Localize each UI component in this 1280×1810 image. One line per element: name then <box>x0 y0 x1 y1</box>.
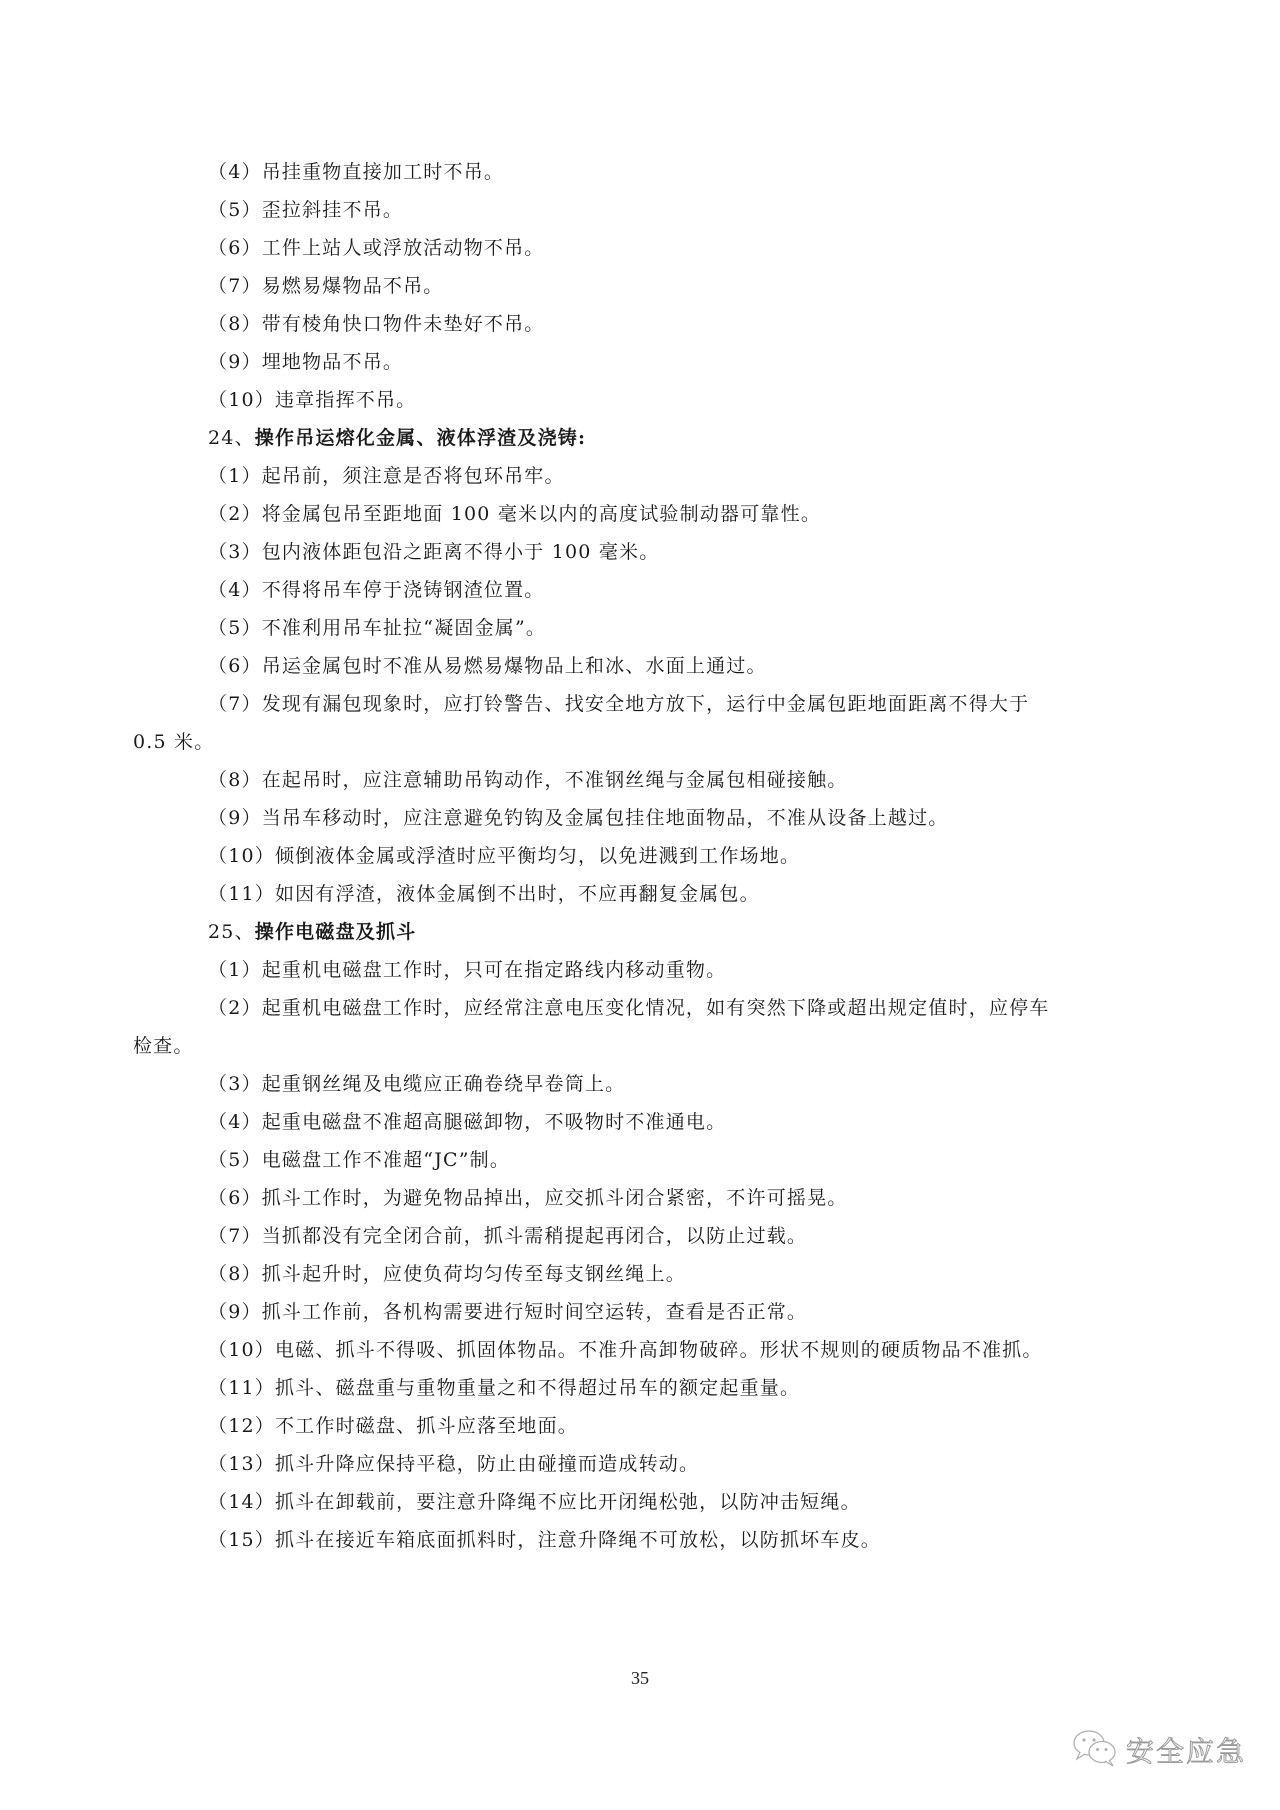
wechat-icon <box>1072 1728 1118 1772</box>
list-item: （1）起重机电磁盘工作时，只可在指定路线内移动重物。 <box>133 951 1143 989</box>
list-item: （6）工件上站人或浮放活动物不吊。 <box>133 229 1143 267</box>
list-item: （11）如因有浮渣，液体金属倒不出时，不应再翻复金属包。 <box>133 875 1143 913</box>
list-item: （4）不得将吊车停于浇铸钢渣位置。 <box>133 571 1143 609</box>
document-page: （4）吊挂重物直接加工时不吊。（5）歪拉斜挂不吊。（6）工件上站人或浮放活动物不… <box>0 0 1280 1810</box>
list-item-continuation: 检查。 <box>133 1027 1143 1065</box>
list-item: （8）带有棱角快口物件未垫好不吊。 <box>133 305 1143 343</box>
list-item: （15）抓斗在接近车箱底面抓料时，注意升降绳不可放松，以防抓坏车皮。 <box>133 1521 1143 1559</box>
list-item: （5）歪拉斜挂不吊。 <box>133 191 1143 229</box>
list-item: （4）吊挂重物直接加工时不吊。 <box>133 153 1143 191</box>
list-item: （7）易燃易爆物品不吊。 <box>133 267 1143 305</box>
list-item: （6）吊运金属包时不准从易燃易爆物品上和冰、水面上通过。 <box>133 647 1143 685</box>
section-title: 操作吊运熔化金属、液体浮渣及浇铸: <box>255 427 586 449</box>
list-item: （9）埋地物品不吊。 <box>133 343 1143 381</box>
list-item: （10）违章指挥不吊。 <box>133 381 1143 419</box>
list-item: （9）抓斗工作前，各机构需要进行短时间空运转，查看是否正常。 <box>133 1293 1143 1331</box>
list-item: （14）抓斗在卸载前，要注意升降绳不应比开闭绳松弛，以防冲击短绳。 <box>133 1483 1143 1521</box>
list-item: （7）当抓都没有完全闭合前，抓斗需稍提起再闭合，以防止过载。 <box>133 1217 1143 1255</box>
list-item: （6）抓斗工作时，为避免物品掉出，应交抓斗闭合紧密，不许可摇晃。 <box>133 1179 1143 1217</box>
list-item: （12）不工作时磁盘、抓斗应落至地面。 <box>133 1407 1143 1445</box>
list-item: （2）起重机电磁盘工作时，应经常注意电压变化情况，如有突然下降或超出规定值时，应… <box>133 989 1143 1027</box>
list-item: （3）包内液体距包沿之距离不得小于 100 毫米。 <box>133 533 1143 571</box>
list-item: （8）在起吊时，应注意辅助吊钩动作，不准钢丝绳与金属包相碰接触。 <box>133 761 1143 799</box>
section-title: 操作电磁盘及抓斗 <box>255 921 417 943</box>
list-item: （13）抓斗升降应保持平稳，防止由碰撞而造成转动。 <box>133 1445 1143 1483</box>
list-item: （2）将金属包吊至距地面 100 毫米以内的高度试验制动器可靠性。 <box>133 495 1143 533</box>
list-item: （5）电磁盘工作不准超“JC”制。 <box>133 1141 1143 1179</box>
list-item: （1）起吊前，须注意是否将包环吊牢。 <box>133 457 1143 495</box>
list-item: （10）电磁、抓斗不得吸、抓固体物品。不准升高卸物破碎。形状不规则的硬质物品不准… <box>133 1331 1143 1369</box>
list-item: （3）起重钢丝绳及电缆应正确卷绕早卷筒上。 <box>133 1065 1143 1103</box>
list-item: （9）当吊车移动时，应注意避免钓钩及金属包挂住地面物品，不准从设备上越过。 <box>133 799 1143 837</box>
list-item: （10）倾倒液体金属或浮渣时应平衡均匀，以免进溅到工作场地。 <box>133 837 1143 875</box>
list-item: （5）不准利用吊车扯拉“凝固金属”。 <box>133 609 1143 647</box>
list-item-continuation: 0.5 米。 <box>133 723 1143 761</box>
list-item: （4）起重电磁盘不准超高腿磁卸物，不吸物时不准通电。 <box>133 1103 1143 1141</box>
section-number: 25、 <box>208 921 255 943</box>
document-body: （4）吊挂重物直接加工时不吊。（5）歪拉斜挂不吊。（6）工件上站人或浮放活动物不… <box>133 153 1143 1559</box>
watermark: 安全应急 <box>1072 1728 1246 1772</box>
section-heading: 24、操作吊运熔化金属、液体浮渣及浇铸: <box>133 419 1143 457</box>
watermark-text: 安全应急 <box>1126 1730 1246 1770</box>
section-heading: 25、操作电磁盘及抓斗 <box>133 913 1143 951</box>
page-number: 35 <box>0 1668 1280 1689</box>
list-item: （8）抓斗起升时，应使负荷均匀传至每支钢丝绳上。 <box>133 1255 1143 1293</box>
list-item: （11）抓斗、磁盘重与重物重量之和不得超过吊车的额定起重量。 <box>133 1369 1143 1407</box>
list-item: （7）发现有漏包现象时，应打铃警告、找安全地方放下，运行中金属包距地面距离不得大… <box>133 685 1143 723</box>
section-number: 24、 <box>208 427 255 449</box>
